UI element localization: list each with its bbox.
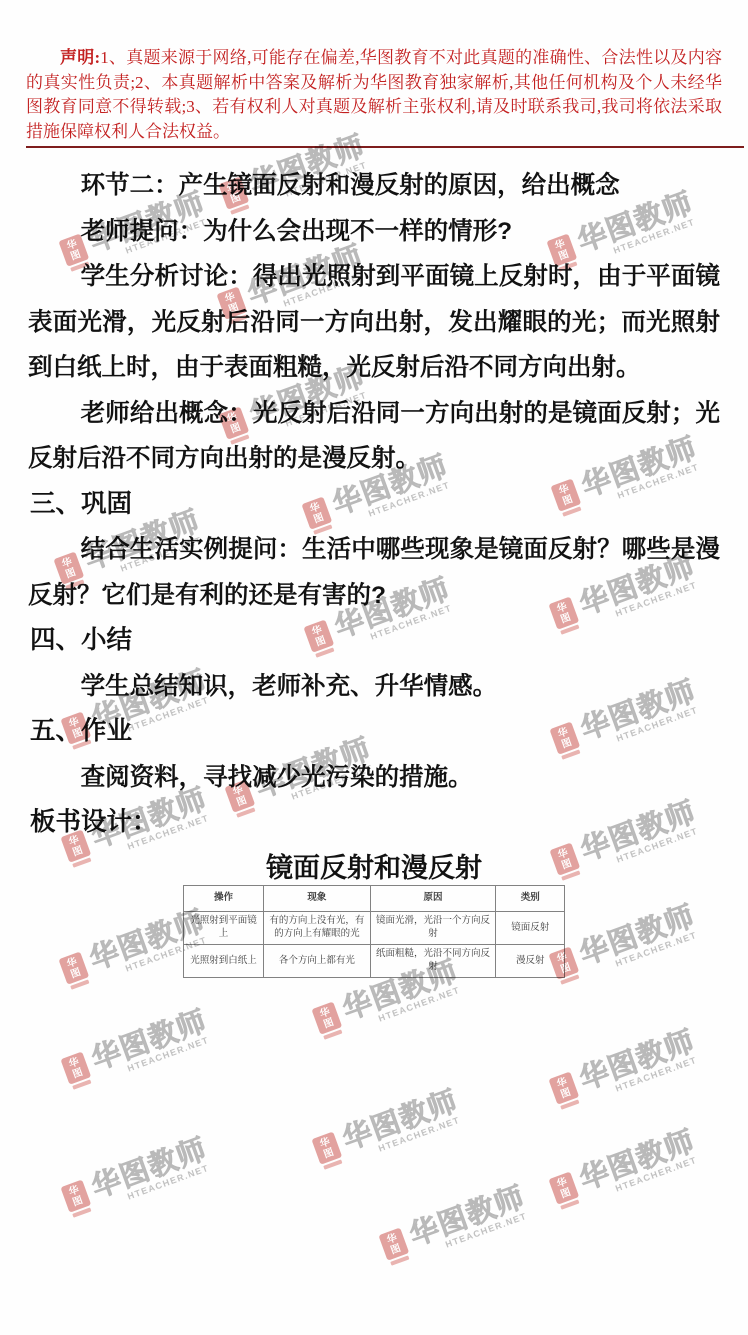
table-header-cell: 操作 xyxy=(184,886,264,912)
huatu-logo-caption xyxy=(560,1099,579,1109)
section-heading: 板书设计： xyxy=(30,800,720,846)
table-cell: 镜面反射 xyxy=(496,912,565,945)
table-cell: 镜面光滑，光沿一个方向反射 xyxy=(370,912,496,945)
disclaimer-text: 声明:1、真题来源于网络,可能存在偏差,华图教育不对此真题的准确性、合法性以及内… xyxy=(26,46,722,144)
watermark-domain-text: HTEACHER.NET xyxy=(614,1053,702,1093)
body-paragraph: 学生分析讨论：得出光照射到平面镜上反射时，由于平面镜表面光滑，光反射后沿同一方向… xyxy=(28,254,720,391)
body-paragraph: 老师给出概念：光反射后沿同一方向出射的是镜面反射；光反射后沿不同方向出射的是漫反… xyxy=(28,391,720,482)
page-content: 声明:1、真题来源于网络,可能存在偏差,华图教育不对此真题的准确性、合法性以及内… xyxy=(0,46,748,978)
huatu-logo-caption xyxy=(390,1255,409,1265)
table-cell: 各个方向上都有光 xyxy=(264,945,371,978)
watermark-domain-text: HTEACHER.NET xyxy=(126,1033,214,1073)
watermark-domain-text: HTEACHER.NET xyxy=(126,1161,214,1201)
section-heading: 三、巩固 xyxy=(30,482,720,528)
board-table: 操作现象原因类别 光照射到平面镜上有的方向上没有光，有的方向上有耀眼的光镜面光滑… xyxy=(183,885,565,978)
table-cell: 有的方向上没有光，有的方向上有耀眼的光 xyxy=(264,912,371,945)
huatu-seal-icon: 华图 xyxy=(378,1228,409,1261)
huatu-logo-caption xyxy=(560,1199,579,1209)
huatu-logo-icon: 华图 xyxy=(548,1072,581,1111)
table-row: 光照射到白纸上各个方向上都有光纸面粗糙，光沿不同方向反射漫反射 xyxy=(184,945,565,978)
watermark-brand-text: 华图教师 xyxy=(403,1175,530,1255)
huatu-logo-caption xyxy=(72,1079,91,1089)
watermark-brand-text: 华图教师 xyxy=(85,1127,212,1207)
watermark-domain-text: HTEACHER.NET xyxy=(377,983,465,1023)
document-page: 声明:1、真题来源于网络,可能存在偏差,华图教育不对此真题的准确性、合法性以及内… xyxy=(0,0,748,1335)
table-cell: 漫反射 xyxy=(496,945,565,978)
table-cell: 纸面粗糙，光沿不同方向反射 xyxy=(370,945,496,978)
huatu-logo-caption xyxy=(323,1159,342,1169)
huatu-watermark: 华图华图教师HTEACHER.NET xyxy=(545,1119,702,1214)
huatu-watermark: 华图华图教师HTEACHER.NET xyxy=(545,1019,702,1114)
watermark-text-block: 华图教师HTEACHER.NET xyxy=(336,1079,465,1164)
huatu-seal-icon: 华图 xyxy=(548,1072,579,1105)
table-cell: 光照射到白纸上 xyxy=(184,945,264,978)
huatu-logo-icon: 华图 xyxy=(378,1228,411,1267)
huatu-logo-icon: 华图 xyxy=(311,1002,344,1041)
watermark-domain-text: HTEACHER.NET xyxy=(614,1153,702,1193)
huatu-logo-caption xyxy=(72,1207,91,1217)
huatu-seal-icon: 华图 xyxy=(311,1132,342,1165)
body-paragraph: 环节二：产生镜面反射和漫反射的原因，给出概念 xyxy=(28,163,720,209)
huatu-logo-icon: 华图 xyxy=(548,1172,581,1211)
watermark-domain-text: HTEACHER.NET xyxy=(444,1209,532,1249)
section-heading: 五、作业 xyxy=(30,709,720,755)
watermark-brand-text: 华图教师 xyxy=(573,1119,700,1199)
table-header-cell: 类别 xyxy=(496,886,565,912)
watermark-brand-text: 华图教师 xyxy=(336,1079,463,1159)
huatu-watermark: 华图华图教师HTEACHER.NET xyxy=(57,1127,214,1222)
body-paragraph: 结合生活实例提问：生活中哪些现象是镜面反射？哪些是漫反射？它们是有利的还是有害的… xyxy=(28,527,720,618)
huatu-logo-icon: 华图 xyxy=(311,1132,344,1171)
huatu-watermark: 华图华图教师HTEACHER.NET xyxy=(375,1175,532,1270)
watermark-text-block: 华图教师HTEACHER.NET xyxy=(573,1019,702,1104)
watermark-brand-text: 华图教师 xyxy=(573,1019,700,1099)
huatu-watermark: 华图华图教师HTEACHER.NET xyxy=(308,1079,465,1174)
table-row: 光照射到平面镜上有的方向上没有光，有的方向上有耀眼的光镜面光滑，光沿一个方向反射… xyxy=(184,912,565,945)
section-heading: 四、小结 xyxy=(30,618,720,664)
huatu-seal-icon: 华图 xyxy=(548,1172,579,1205)
watermark-text-block: 华图教师HTEACHER.NET xyxy=(573,1119,702,1204)
huatu-watermark: 华图华图教师HTEACHER.NET xyxy=(57,999,214,1094)
table-cell: 光照射到平面镜上 xyxy=(184,912,264,945)
board-design-section: 镜面反射和漫反射 操作现象原因类别 光照射到平面镜上有的方向上没有光，有的方向上… xyxy=(0,846,748,979)
huatu-logo-icon: 华图 xyxy=(60,1180,93,1219)
body-paragraph: 老师提问：为什么会出现不一样的情形? xyxy=(28,209,720,255)
huatu-logo-caption xyxy=(323,1029,342,1039)
disclaimer-body: 1、真题来源于网络,可能存在偏差,华图教育不对此真题的准确性、合法性以及内容的真… xyxy=(26,48,722,141)
disclaimer-label: 声明: xyxy=(60,48,100,67)
huatu-logo-caption xyxy=(70,979,89,989)
board-title: 镜面反射和漫反射 xyxy=(0,846,748,892)
watermark-text-block: 华图教师HTEACHER.NET xyxy=(403,1175,532,1260)
watermark-domain-text: HTEACHER.NET xyxy=(377,1113,465,1153)
watermark-text-block: 华图教师HTEACHER.NET xyxy=(85,1127,214,1212)
disclaimer-divider xyxy=(26,146,744,148)
watermark-brand-text: 华图教师 xyxy=(85,999,212,1079)
body-paragraph: 查阅资料，寻找减少光污染的措施。 xyxy=(28,755,720,801)
huatu-logo-icon: 华图 xyxy=(60,1052,93,1091)
watermark-text-block: 华图教师HTEACHER.NET xyxy=(85,999,214,1084)
huatu-seal-icon: 华图 xyxy=(60,1180,91,1213)
huatu-seal-icon: 华图 xyxy=(60,1052,91,1085)
body-paragraph: 学生总结知识，老师补充、升华情感。 xyxy=(28,664,720,710)
huatu-seal-icon: 华图 xyxy=(311,1002,342,1035)
lesson-plan-body: 环节二：产生镜面反射和漫反射的原因，给出概念老师提问：为什么会出现不一样的情形?… xyxy=(28,163,720,846)
